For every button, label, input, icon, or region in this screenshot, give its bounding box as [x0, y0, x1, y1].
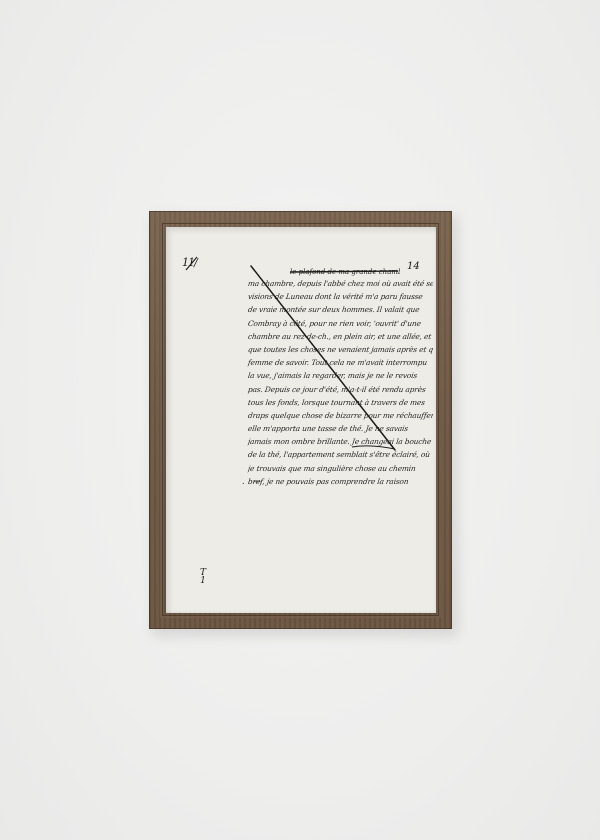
- manuscript-line: tous les fonds, lorsque tournant à trave…: [247, 396, 434, 409]
- manuscript-line: je trouvais que ma singulière chose au c…: [247, 462, 434, 475]
- manuscript-line: Combray à côté, pour ne rien voir, 'ouvr…: [247, 317, 434, 330]
- manuscript-line: visions de Luneau dont la vérité m'a par…: [247, 290, 434, 303]
- manuscript-line: femme de savoir. Tout cela ne m'avait in…: [247, 356, 434, 369]
- manuscript-line: bref, je ne pouvais pas comprendre la ra…: [247, 475, 434, 488]
- page-number-right: 14: [407, 261, 420, 272]
- manuscript-line: draps quelque chose de bizarre pour me r…: [247, 409, 434, 422]
- struck-heading: le plafond de ma grande chambre: [290, 268, 400, 276]
- handwritten-text-block: ma chambre, depuis l'abbé chez moi où av…: [248, 277, 433, 488]
- manuscript-line: de la thé, l'appartement semblait s'être…: [247, 448, 434, 461]
- manuscript-line: pas. Depuis ce jour d'été, m'a-t-il été …: [247, 383, 434, 396]
- bottom-ink-mark: T 1: [200, 569, 206, 585]
- manuscript-line: jamais mon ombre brillante. Je changeai …: [247, 435, 434, 448]
- manuscript-line: elle m'apporta une tasse de thé. Je ne s…: [247, 422, 434, 435]
- manuscript-line: de vraie montée sur deux hommes. Il vala…: [247, 303, 434, 316]
- manuscript-line: chambre au rez-de-ch., en plein air, et …: [247, 330, 434, 343]
- folio-number-left: 11/: [182, 256, 197, 269]
- stray-ink-marks: . —: [242, 477, 264, 486]
- manuscript-line: ma chambre, depuis l'abbé chez moi où av…: [247, 277, 434, 290]
- manuscript-line: que toutes les choses ne venaient jamais…: [247, 343, 434, 356]
- manuscript-line: la vue, j'aimais la regarder, mais je ne…: [247, 369, 434, 382]
